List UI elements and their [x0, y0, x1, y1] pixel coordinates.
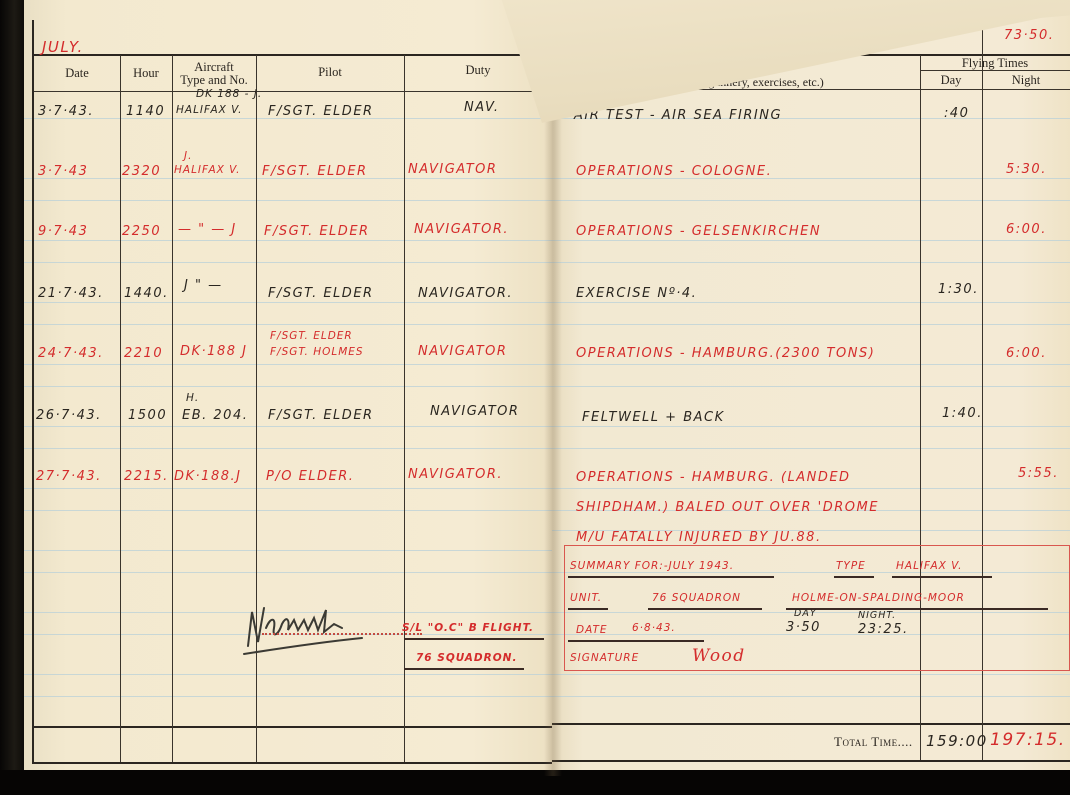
summary-for: SUMMARY FOR:-JULY 1943.	[570, 560, 734, 572]
entry-hour: 2215.	[124, 469, 169, 484]
entry-duty: NAVIGATOR.	[418, 286, 513, 301]
entry-date: 27·7·43.	[36, 469, 102, 484]
summary-type-value: HALIFAX V.	[896, 560, 962, 572]
entry-aircraft-serial: DK 188 - J.	[196, 88, 262, 100]
entry-aircraft: HALIFAX V.	[174, 164, 240, 176]
entry-hour: 2250	[122, 224, 161, 239]
entry-pilot-second: F/SGT. HOLMES	[270, 346, 364, 358]
entry-pilot: P/O ELDER.	[266, 469, 354, 484]
header-pilot: Pilot	[256, 66, 404, 79]
entry-aircraft: DK·188.J	[174, 469, 241, 484]
summary-date-label: DATE	[576, 624, 608, 636]
summary-signature: Wood	[692, 646, 746, 666]
entry-date: 3·7·43.	[38, 104, 94, 119]
summary-date-value: 6·8·43.	[632, 622, 676, 634]
header-date: Date	[34, 67, 120, 80]
entry-remarks: OPERATIONS - COLOGNE.	[576, 164, 772, 179]
entry-hour: 1140	[126, 104, 165, 119]
header-flying-times: Flying Times	[920, 57, 1070, 70]
entry-night-time: 6:00.	[1006, 346, 1047, 361]
certifying-rank: S/L "O.C" B FLIGHT.	[402, 622, 534, 634]
summary-unit-label: UNIT.	[570, 592, 602, 604]
entry-aircraft: HALIFAX V.	[176, 104, 242, 116]
entry-duty: NAVIGATOR	[408, 162, 497, 177]
summary-type-label: TYPE	[836, 560, 866, 572]
entry-pilot: F/SGT. ELDER	[268, 104, 374, 119]
entry-hour: 1440.	[124, 286, 169, 301]
entry-aircraft: — " — J	[178, 222, 237, 237]
header-night: Night	[982, 74, 1070, 87]
entry-night-time: 5:55.	[1018, 466, 1059, 481]
entry-remarks: EXERCISE Nº·4.	[576, 286, 697, 301]
entry-date: 26·7·43.	[36, 408, 102, 423]
officer-signature	[242, 598, 382, 658]
book-spine	[0, 0, 24, 795]
entry-aircraft: DK·188 J	[180, 344, 247, 359]
entry-duty: NAV.	[464, 100, 500, 115]
entry-duty: NAVIGATOR.	[414, 222, 509, 237]
entry-remarks: FELTWELL + BACK	[582, 410, 725, 425]
entry-night-time: 5:30.	[1006, 162, 1047, 177]
entry-aircraft: EB. 204.	[182, 408, 248, 423]
summary-signature-label: SIGNATURE	[570, 652, 639, 664]
certifying-unit: 76 SQUADRON.	[416, 652, 517, 664]
entry-remarks-line2: SHIPDHAM.) BALED OUT OVER 'DROME	[576, 500, 879, 515]
entry-duty: NAVIGATOR.	[408, 467, 503, 482]
entry-remarks: OPERATIONS - GELSENKIRCHEN	[576, 224, 821, 239]
summary-day-total: 3·50	[786, 620, 821, 635]
entry-date: 24·7·43.	[38, 346, 104, 361]
header-day: Day	[920, 74, 982, 87]
summary-night-label: NIGHT.	[858, 610, 896, 621]
entry-hour: 2320	[122, 164, 161, 179]
entry-duty: NAVIGATOR	[430, 404, 519, 419]
entry-hour: 2210	[124, 346, 163, 361]
header-hour: Hour	[120, 67, 172, 80]
entry-pilot: F/SGT. ELDER	[268, 408, 374, 423]
entry-aircraft-serial: J.	[184, 150, 192, 162]
summary-day-label: DAY	[794, 608, 817, 619]
entry-day-time: :40	[944, 106, 969, 121]
entry-pilot: F/SGT. ELDER	[262, 164, 368, 179]
summary-unit-value: 76 SQUADRON	[652, 592, 741, 604]
entry-aircraft-letter: H.	[186, 392, 199, 404]
entry-remarks-line3: M/U FATALLY INJURED BY JU.88.	[576, 530, 822, 545]
entry-duty: NAVIGATOR	[418, 344, 507, 359]
left-page: JULY. Date Hour Aircraft Type and No. Pi…	[24, 0, 552, 776]
book-bottom-edge	[0, 770, 1070, 795]
entry-aircraft: J " —	[184, 278, 223, 293]
entry-date: 9·7·43	[38, 224, 88, 239]
entry-night-time: 6:00.	[1006, 222, 1047, 237]
entry-date: 21·7·43.	[38, 286, 104, 301]
entry-hour: 1500	[128, 408, 167, 423]
header-aircraft-line2: Type and No.	[172, 74, 256, 87]
total-night: 197:15.	[990, 730, 1066, 750]
total-day: 159:00	[926, 732, 988, 750]
summary-night-total: 23:25.	[858, 622, 909, 637]
entry-remarks: OPERATIONS - HAMBURG.(2300 TONS)	[576, 346, 875, 361]
entry-remarks: OPERATIONS - HAMBURG. (LANDED	[576, 470, 851, 485]
entry-date: 3·7·43	[38, 164, 88, 179]
total-time-label: Total Time....	[834, 734, 913, 750]
summary-station: HOLME-ON-SPALDING-MOOR	[792, 592, 965, 604]
entry-day-time: 1:40.	[942, 406, 983, 421]
signature-dotted-line	[262, 633, 422, 635]
entry-pilot: F/SGT. ELDER	[268, 286, 374, 301]
entry-pilot: F/SGT. ELDER	[264, 224, 370, 239]
month-label: JULY.	[42, 38, 84, 56]
entry-day-time: 1:30.	[938, 282, 979, 297]
entry-pilot: F/SGT. ELDER	[270, 330, 353, 342]
